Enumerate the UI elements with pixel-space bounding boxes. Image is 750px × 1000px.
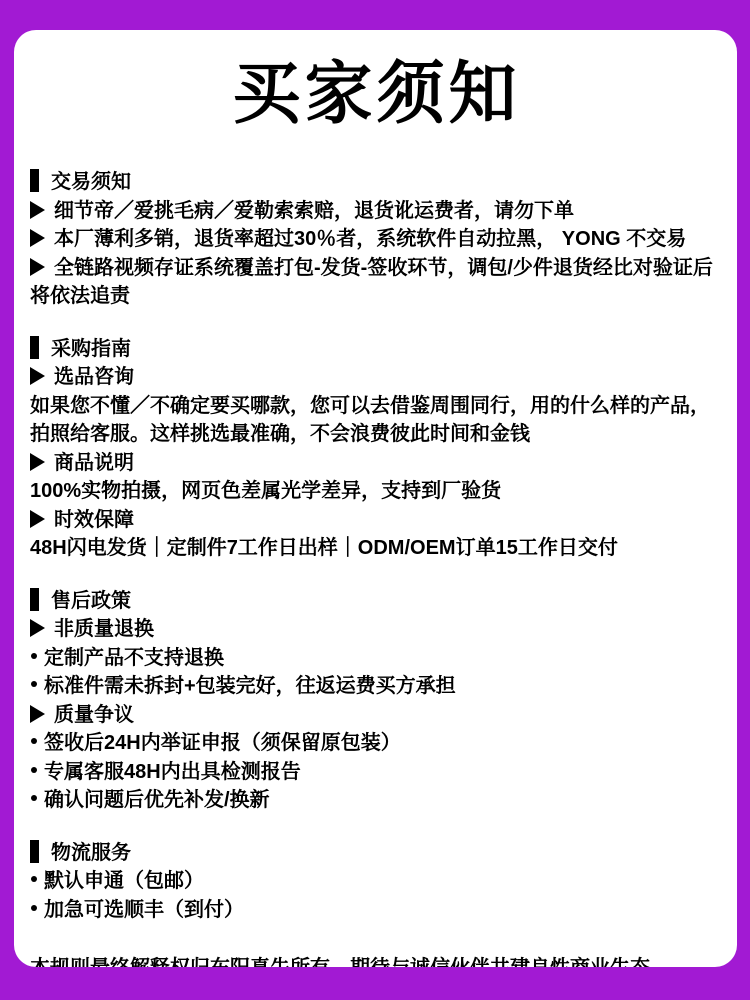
arrow-right-icon: [30, 201, 45, 219]
section-title-text: 物流服务: [51, 842, 131, 864]
bullet-icon: [31, 738, 37, 744]
notice-line: 签收后24H内举证申报（须保留原包装）: [30, 729, 723, 758]
notice-line-text: 非质量退换: [54, 618, 154, 640]
notice-line-text: 时效保障: [54, 509, 134, 531]
notice-card: 买家须知 交易须知 细节帝／爱挑毛病／爱勒索索赔，退货讹运费者，请勿下单 本厂薄…: [14, 30, 737, 967]
notice-line: 非质量退换: [30, 615, 723, 644]
section-title: 交易须知: [30, 168, 723, 197]
notice-line: 确认问题后优先补发/换新: [30, 786, 723, 815]
notice-line: 100%实物拍摄，网页色差属光学差异，支持到厂验货: [30, 477, 723, 506]
arrow-right-icon: [30, 619, 45, 637]
section-purchase-guide: 采购指南 选品咨询 如果您不懂／不确定要买哪款，您可以去借鉴周围同行，用的什么样…: [30, 335, 723, 563]
notice-line: 时效保障: [30, 506, 723, 535]
notice-line: 商品说明: [30, 449, 723, 478]
notice-line: 质量争议: [30, 701, 723, 730]
section-bar-icon: [30, 169, 39, 192]
section-title: 售后政策: [30, 587, 723, 616]
notice-line: 专属客服48H内出具检测报告: [30, 758, 723, 787]
section-logistics: 物流服务 默认申通（包邮） 加急可选顺丰（到付）: [30, 839, 723, 925]
section-bar-icon: [30, 336, 39, 359]
notice-line-text: 商品说明: [54, 452, 134, 474]
notice-line-text: 签收后24H内举证申报（须保留原包装）: [44, 732, 401, 754]
arrow-right-icon: [30, 258, 45, 276]
bullet-icon: [31, 653, 37, 659]
notice-line: 默认申通（包邮）: [30, 867, 723, 896]
arrow-right-icon: [30, 229, 45, 247]
notice-line: 48H闪电发货｜定制件7工作日出样｜ODM/OEM订单15工作日交付: [30, 534, 723, 563]
bullet-icon: [31, 767, 37, 773]
bullet-icon: [31, 876, 37, 882]
bullet-icon: [31, 795, 37, 801]
page-title: 买家须知: [30, 56, 723, 132]
notice-line: 标准件需未拆封+包装完好，往返运费买方承担: [30, 672, 723, 701]
notice-line: 定制产品不支持退换: [30, 644, 723, 673]
notice-line: 全链路视频存证系统覆盖打包-发货-签收环节，调包/少件退货经比对验证后将依法追责: [30, 254, 723, 311]
arrow-right-icon: [30, 510, 45, 528]
notice-line-text: 标准件需未拆封+包装完好，往返运费买方承担: [44, 675, 456, 697]
notice-line: 选品咨询: [30, 363, 723, 392]
arrow-right-icon: [30, 453, 45, 471]
notice-line-text: 细节帝／爱挑毛病／爱勒索索赔，退货讹运费者，请勿下单: [54, 200, 574, 222]
notice-line-text: 定制产品不支持退换: [44, 647, 224, 669]
section-bar-icon: [30, 588, 39, 611]
section-title: 采购指南: [30, 335, 723, 364]
notice-line-text: 48H闪电发货｜定制件7工作日出样｜ODM/OEM订单15工作日交付: [30, 537, 618, 559]
notice-line-text: 质量争议: [54, 704, 134, 726]
notice-line-text: 全链路视频存证系统覆盖打包-发货-签收环节，调包/少件退货经比对验证后将依法追责: [30, 257, 713, 308]
notice-line: 细节帝／爱挑毛病／爱勒索索赔，退货讹运费者，请勿下单: [30, 197, 723, 226]
notice-line-text: 选品咨询: [54, 366, 134, 388]
footer-note: 本规则最终解释权归东阳真牛所有，期待与诚信伙伴共建良性商业生态。: [30, 954, 723, 967]
section-title: 物流服务: [30, 839, 723, 868]
notice-line-text: 100%实物拍摄，网页色差属光学差异，支持到厂验货: [30, 480, 501, 502]
bullet-icon: [31, 905, 37, 911]
arrow-right-icon: [30, 705, 45, 723]
notice-line-text: 加急可选顺丰（到付）: [44, 899, 244, 921]
notice-line: 加急可选顺丰（到付）: [30, 896, 723, 925]
notice-line: 本厂薄利多销，退货率超过30％者，系统软件自动拉黑， YONG 不交易: [30, 225, 723, 254]
section-title-text: 交易须知: [51, 171, 131, 193]
section-title-text: 采购指南: [51, 338, 131, 360]
notice-line-text: 专属客服48H内出具检测报告: [44, 761, 301, 783]
notice-line: 如果您不懂／不确定要买哪款，您可以去借鉴周围同行，用的什么样的产品，拍照给客服。…: [30, 392, 723, 449]
notice-line-text: 默认申通（包邮）: [44, 870, 204, 892]
notice-line-text: 本厂薄利多销，退货率超过30％者，系统软件自动拉黑， YONG 不交易: [54, 228, 686, 250]
notice-content: 交易须知 细节帝／爱挑毛病／爱勒索索赔，退货讹运费者，请勿下单 本厂薄利多销，退…: [30, 168, 723, 967]
section-after-sales: 售后政策 非质量退换 定制产品不支持退换 标准件需未拆封+包装完好，往返运费买方…: [30, 587, 723, 815]
section-trade-notice: 交易须知 细节帝／爱挑毛病／爱勒索索赔，退货讹运费者，请勿下单 本厂薄利多销，退…: [30, 168, 723, 311]
section-title-text: 售后政策: [51, 590, 131, 612]
bullet-icon: [31, 681, 37, 687]
notice-line-text: 确认问题后优先补发/换新: [44, 789, 270, 811]
arrow-right-icon: [30, 367, 45, 385]
notice-line-text: 如果您不懂／不确定要买哪款，您可以去借鉴周围同行，用的什么样的产品，拍照给客服。…: [30, 395, 710, 446]
section-bar-icon: [30, 840, 39, 863]
